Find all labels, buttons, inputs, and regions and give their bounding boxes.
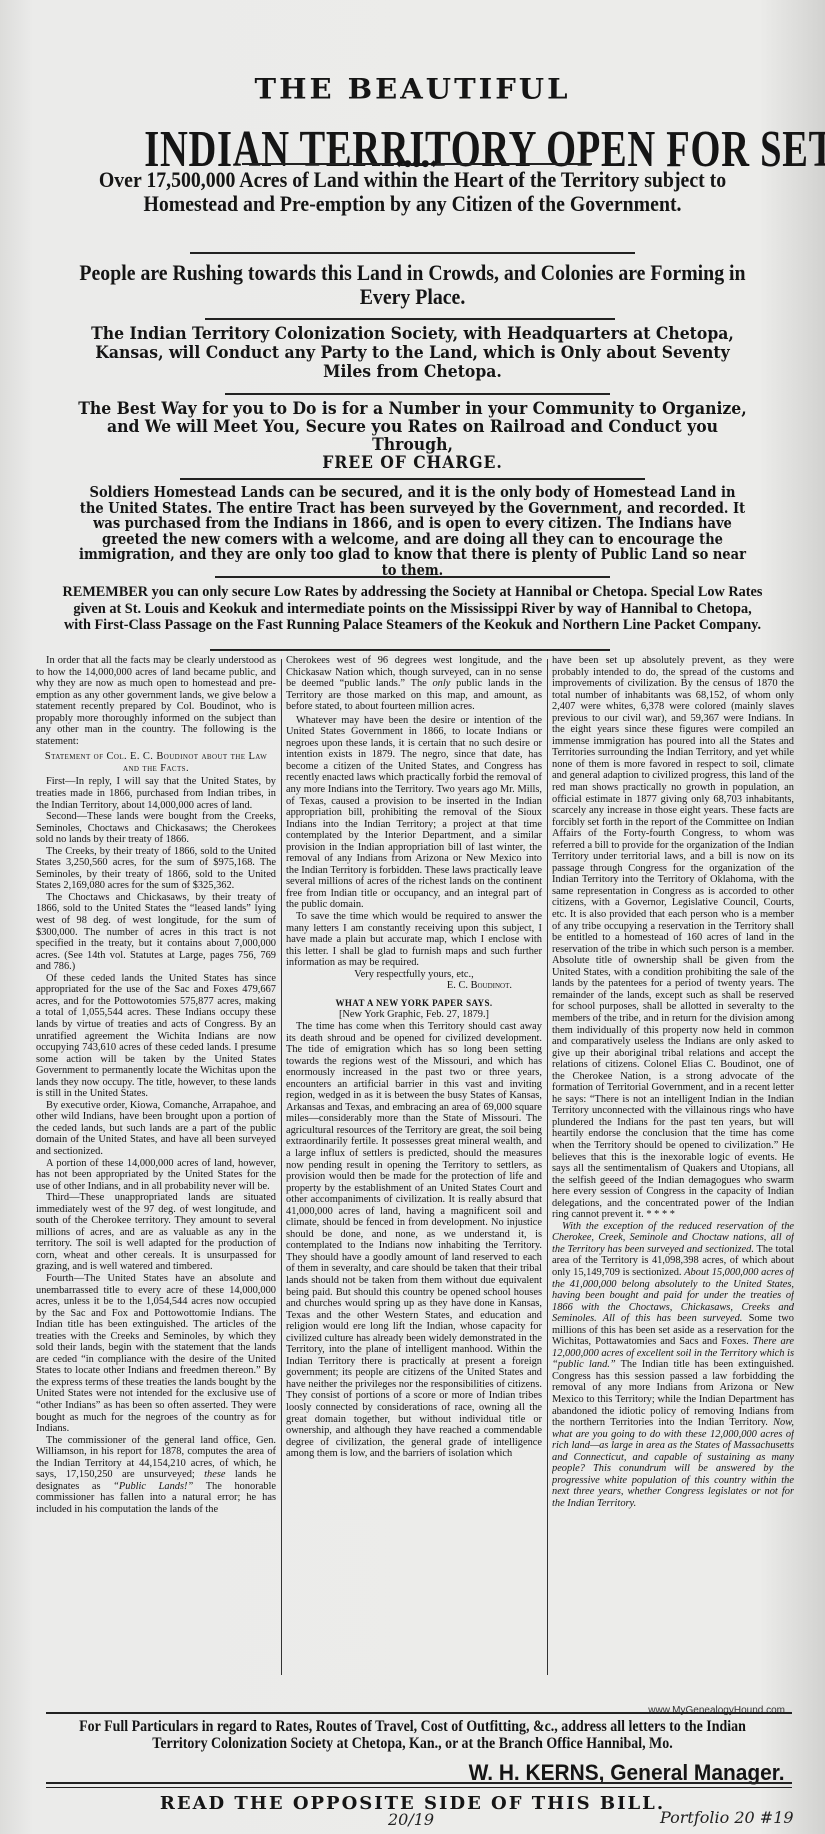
letter-signature: E. C. Boudinot. [286,980,542,992]
paragraph: Fourth—The United States have an absolut… [36,1273,276,1435]
letter-closing: Very respectfully yours, etc., [286,969,542,981]
divider-rule [205,318,615,320]
handwritten-note: Portfolio 20 #19 [660,1808,794,1827]
column-separator [281,659,282,1675]
remember-statement: REMEMBER you can only secure Low Rates b… [59,584,767,634]
handwritten-note: 20/19 [388,1810,434,1829]
paragraph: First—In reply, I will say that the Unit… [36,776,276,811]
handbill-page: THE BEAUTIFUL INDIAN TERRITORY OPEN FOR … [0,0,825,1834]
paragraph: Whatever may have been the desire or int… [286,715,542,911]
italic-run: Now, what are you going to do with these… [552,1417,794,1509]
soldiers-homestead-statement: Soldiers Homestead Lands can be secured,… [77,485,748,578]
statement-heading: Statement of Col. E. C. Boudinot about t… [36,751,276,774]
paragraph: The Choctaws and Chickasaws, by their tr… [36,892,276,973]
paragraph: With the exception of the reduced reserv… [552,1221,794,1510]
column-1: In order that all the facts may be clear… [36,655,276,1695]
paragraph: The Creeks, by their treaty of 1866, sol… [36,846,276,892]
paragraph: Of these ceded lands the United States h… [36,973,276,1100]
acres-statement: Over 17,500,000 Acres of Land within the… [77,168,748,216]
divider-rule [190,252,635,254]
italic-run: “Public Lands!” [113,1481,193,1492]
source-citation: [New York Graphic, Feb. 27, 1879.] [286,1009,542,1021]
divider-rule [210,649,610,651]
italic-run: these [204,1469,225,1480]
watermark: www.MyGenealogyHound.com [648,1705,785,1716]
best-way-statement: The Best Way for you to Do is for a Numb… [70,400,755,472]
section-heading: WHAT A NEW YORK PAPER SAYS. [286,998,542,1010]
divider-rule [46,1712,792,1714]
paragraph: A portion of these 14,000,000 acres of l… [36,1158,276,1193]
paragraph: Third—These unappropriated lands are sit… [36,1192,276,1273]
paragraph: The commissioner of the general land off… [36,1435,276,1516]
divider-rule [180,478,645,480]
column-2: Cherokees west of 96 degrees west longit… [286,655,542,1695]
kicker-heading: THE BEAUTIFUL [0,73,825,105]
rushing-statement: People are Rushing towards this Land in … [77,261,748,309]
paragraph: Second—These lands were bought from the … [36,811,276,846]
italic-run: only [432,678,450,689]
divider-rule [215,576,610,578]
paragraph: The time has come when this Territory sh… [286,1021,542,1460]
column-3: have been set up absolutely prevent, as … [552,655,794,1695]
intro-paragraph: In order that all the facts may be clear… [36,655,276,747]
particulars-footer: For Full Particulars in regard to Rates,… [77,1718,748,1752]
paragraph: have been set up absolutely prevent, as … [552,655,794,1221]
paragraph: To save the time which would be required… [286,911,542,969]
society-statement: The Indian Territory Colonization Societ… [70,325,755,382]
column-separator [547,659,548,1675]
double-rule [46,1782,792,1788]
free-of-charge: FREE OF CHARGE. [70,454,755,472]
paragraph: By executive order, Kiowa, Comanche, Arr… [36,1100,276,1158]
best-way-text: The Best Way for you to Do is for a Numb… [70,400,755,454]
article-columns: In order that all the facts may be clear… [36,655,794,1695]
paragraph: Cherokees west of 96 degrees west longit… [286,655,542,713]
divider-rule [225,393,610,395]
